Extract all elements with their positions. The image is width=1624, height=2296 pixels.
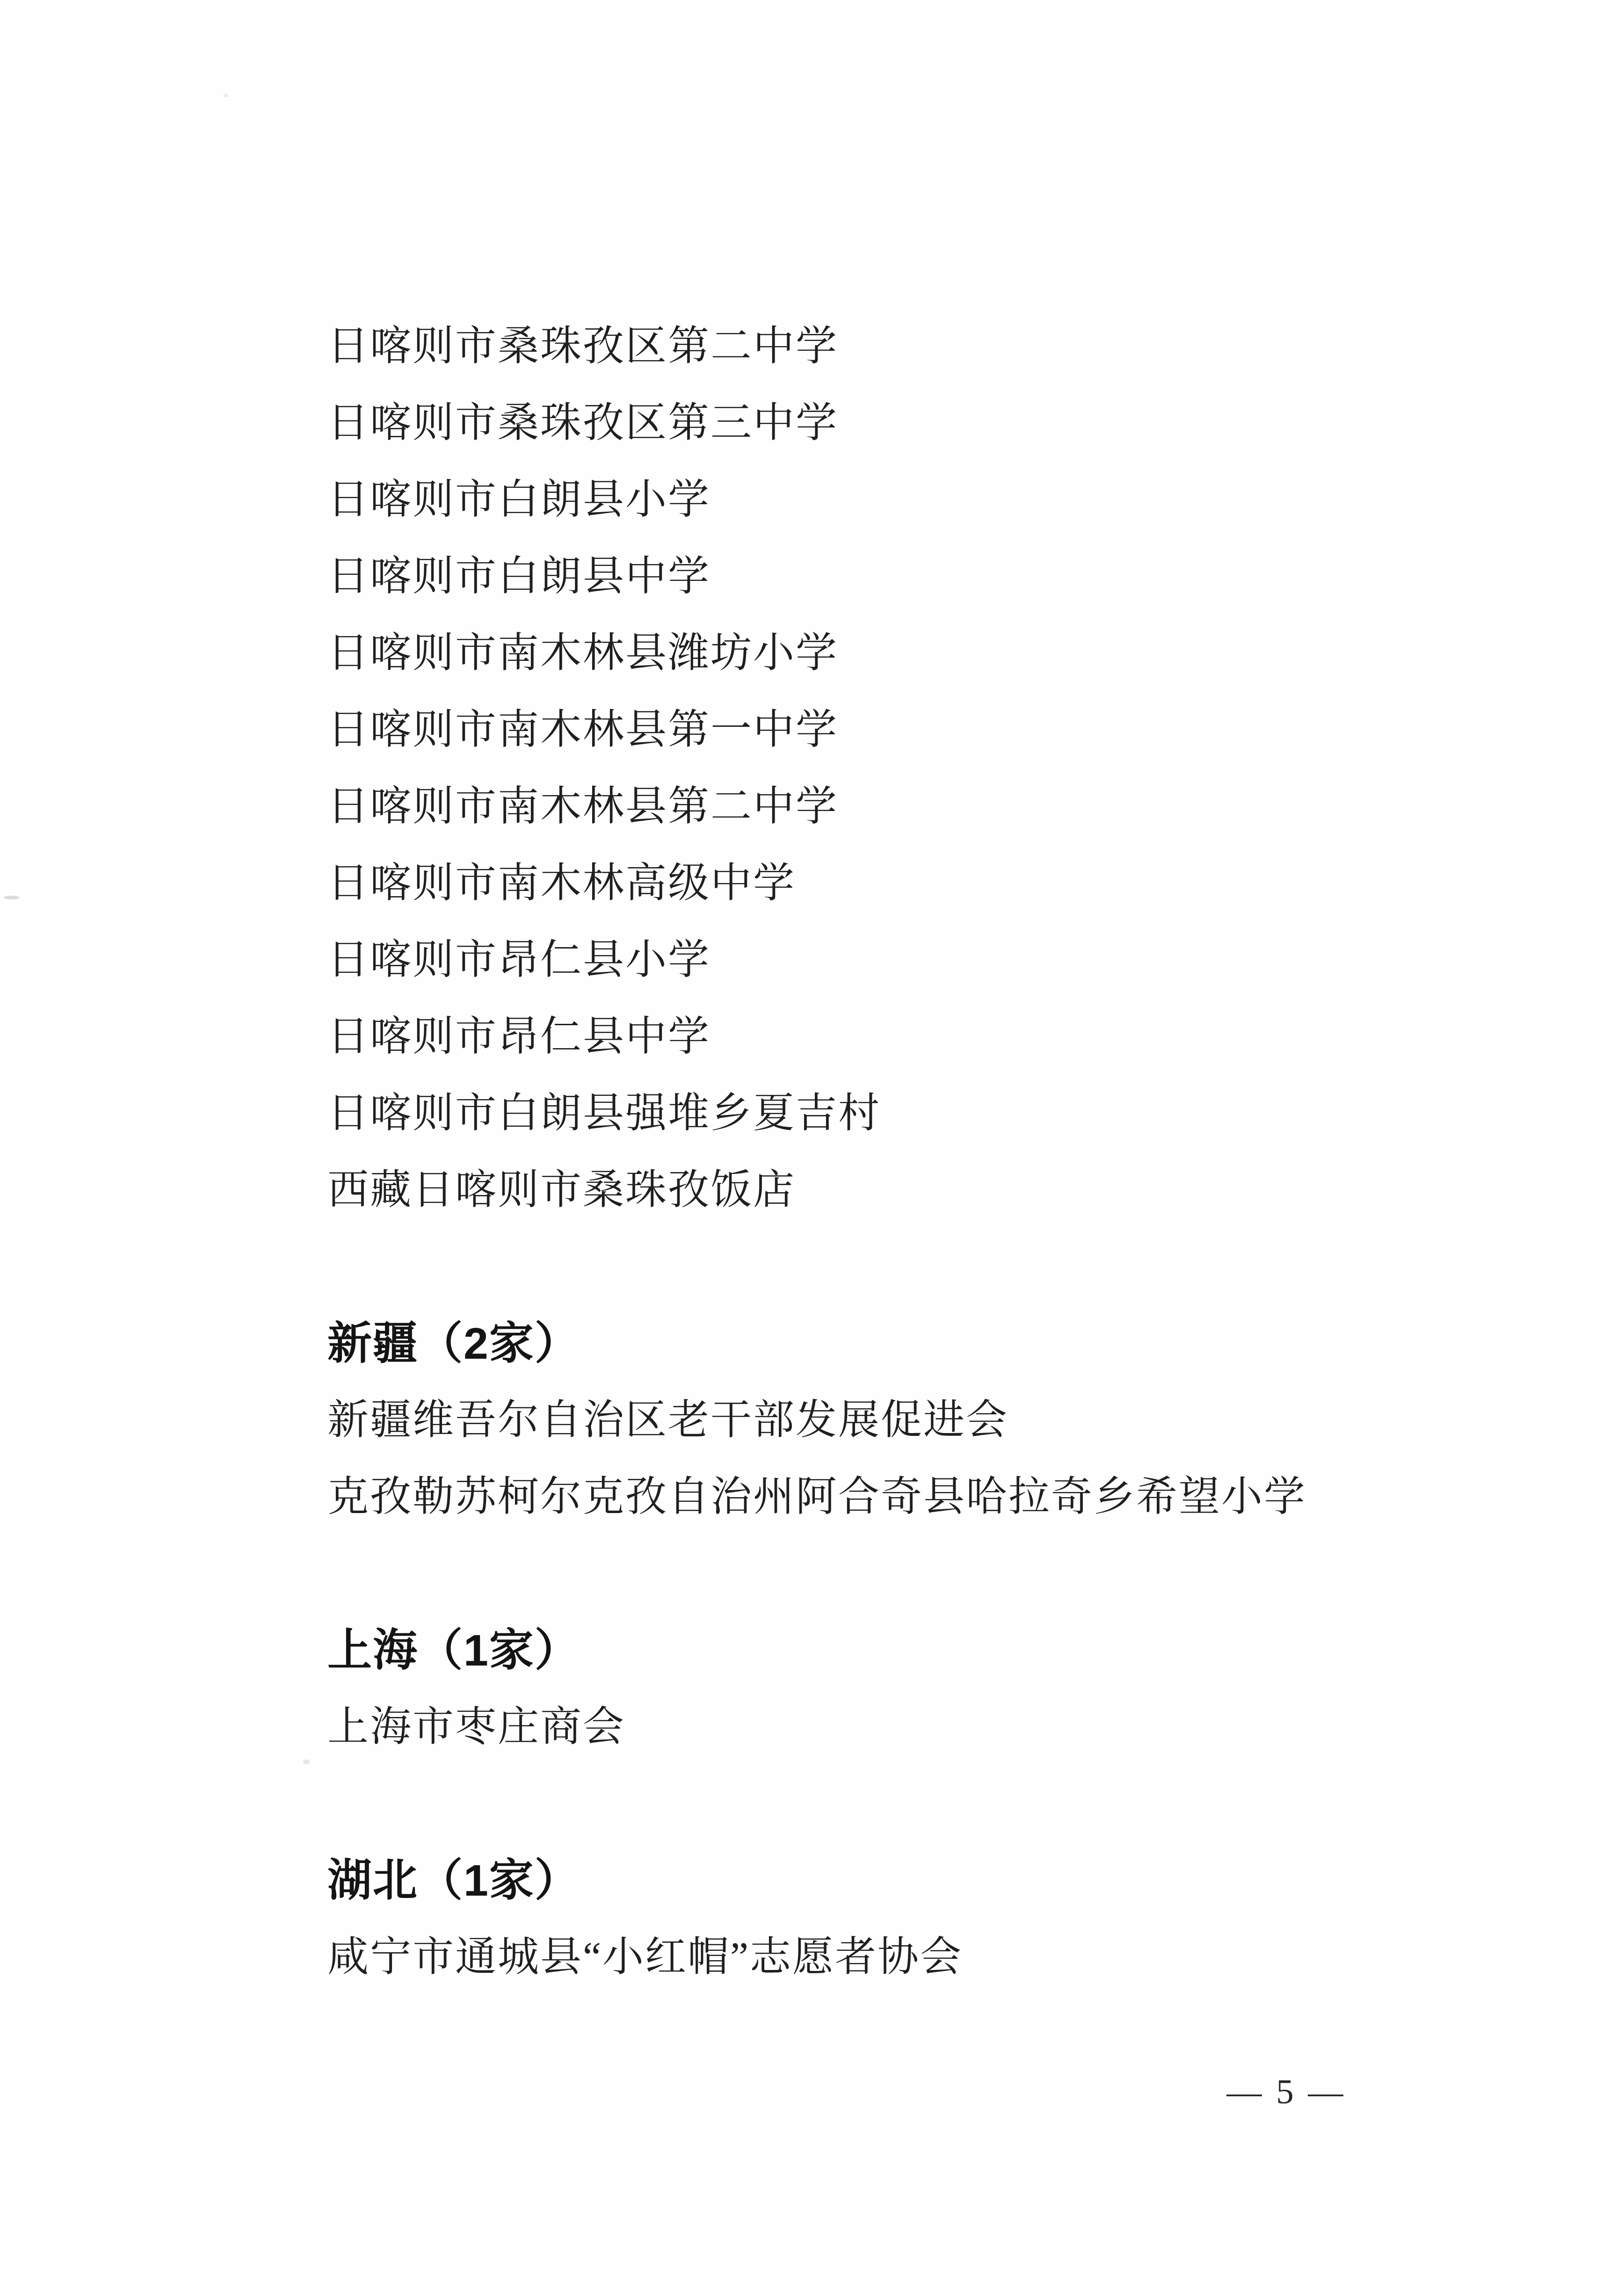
spacer bbox=[327, 1535, 1568, 1612]
list-item: 咸宁市通城县“小红帽”志愿者协会 bbox=[327, 1919, 1568, 1996]
section-heading-shanghai: 上海（1家） bbox=[327, 1612, 1568, 1689]
list-item: 日喀则市南木林县第一中学 bbox=[327, 692, 1568, 768]
list-item: 日喀则市南木林高级中学 bbox=[327, 845, 1568, 922]
list-item: 西藏日喀则市桑珠孜饭店 bbox=[327, 1152, 1568, 1229]
section-heading-xinjiang: 新疆（2家） bbox=[327, 1305, 1568, 1382]
document-body: 日喀则市桑珠孜区第二中学 日喀则市桑珠孜区第三中学 日喀则市白朗县小学 日喀则市… bbox=[327, 308, 1568, 1996]
section-heading-hubei: 湖北（1家） bbox=[327, 1842, 1568, 1919]
spacer bbox=[327, 1229, 1568, 1305]
list-item: 日喀则市昂仁县小学 bbox=[327, 922, 1568, 999]
page-number: — 5 — bbox=[1216, 2071, 1356, 2113]
list-item: 日喀则市白朗县强堆乡夏吉村 bbox=[327, 1075, 1568, 1152]
list-item: 日喀则市桑珠孜区第二中学 bbox=[327, 308, 1568, 385]
scan-speck bbox=[303, 1760, 310, 1764]
list-item: 日喀则市桑珠孜区第三中学 bbox=[327, 385, 1568, 462]
list-item: 日喀则市白朗县小学 bbox=[327, 462, 1568, 538]
document-page: 日喀则市桑珠孜区第二中学 日喀则市桑珠孜区第三中学 日喀则市白朗县小学 日喀则市… bbox=[0, 0, 1624, 2296]
list-item: 克孜勒苏柯尔克孜自治州阿合奇县哈拉奇乡希望小学 bbox=[327, 1459, 1568, 1535]
list-item: 日喀则市南木林县潍坊小学 bbox=[327, 615, 1568, 692]
list-item: 新疆维吾尔自治区老干部发展促进会 bbox=[327, 1382, 1568, 1459]
list-item: 日喀则市昂仁县中学 bbox=[327, 999, 1568, 1075]
scan-speck bbox=[224, 94, 228, 97]
list-item: 日喀则市白朗县中学 bbox=[327, 538, 1568, 615]
list-item: 上海市枣庄商会 bbox=[327, 1689, 1568, 1766]
scan-speck bbox=[4, 896, 20, 899]
spacer bbox=[327, 1766, 1568, 1842]
list-item: 日喀则市南木林县第二中学 bbox=[327, 768, 1568, 845]
